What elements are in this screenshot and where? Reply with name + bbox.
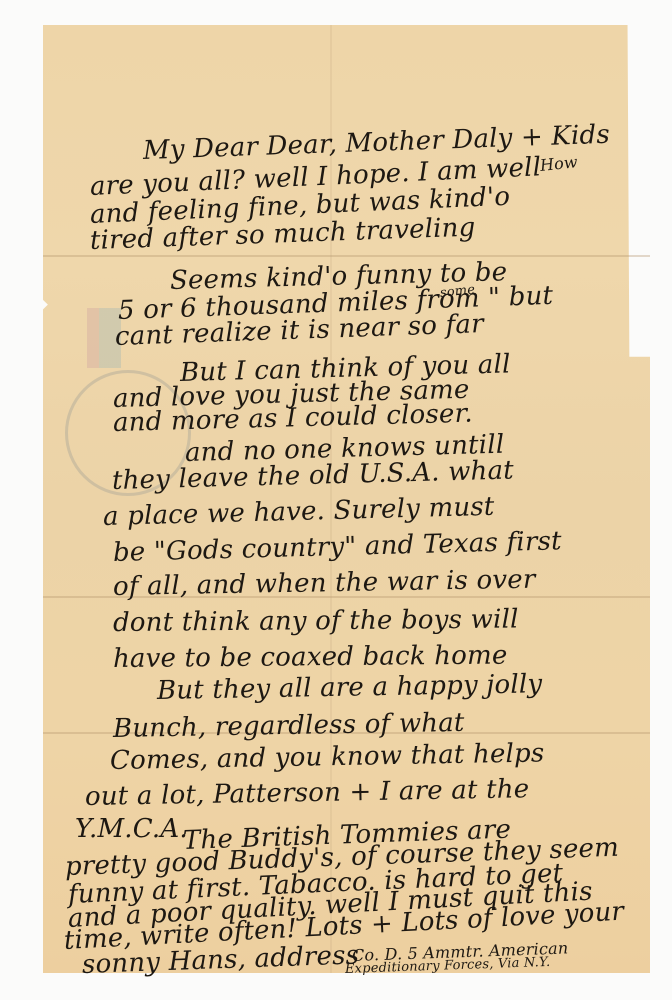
letter-line: Bunch, regardless of what xyxy=(113,708,465,744)
letter-page: My Dear Dear, Mother Daly + Kids How are… xyxy=(0,0,672,1000)
letter-line: have to be coaxed back home xyxy=(113,641,508,674)
fold-crease xyxy=(43,255,650,257)
letter-line: Y.M.C.A. xyxy=(75,814,188,844)
letter-line: dont think any of the boys will xyxy=(113,604,519,638)
letter-line: How xyxy=(539,152,579,175)
